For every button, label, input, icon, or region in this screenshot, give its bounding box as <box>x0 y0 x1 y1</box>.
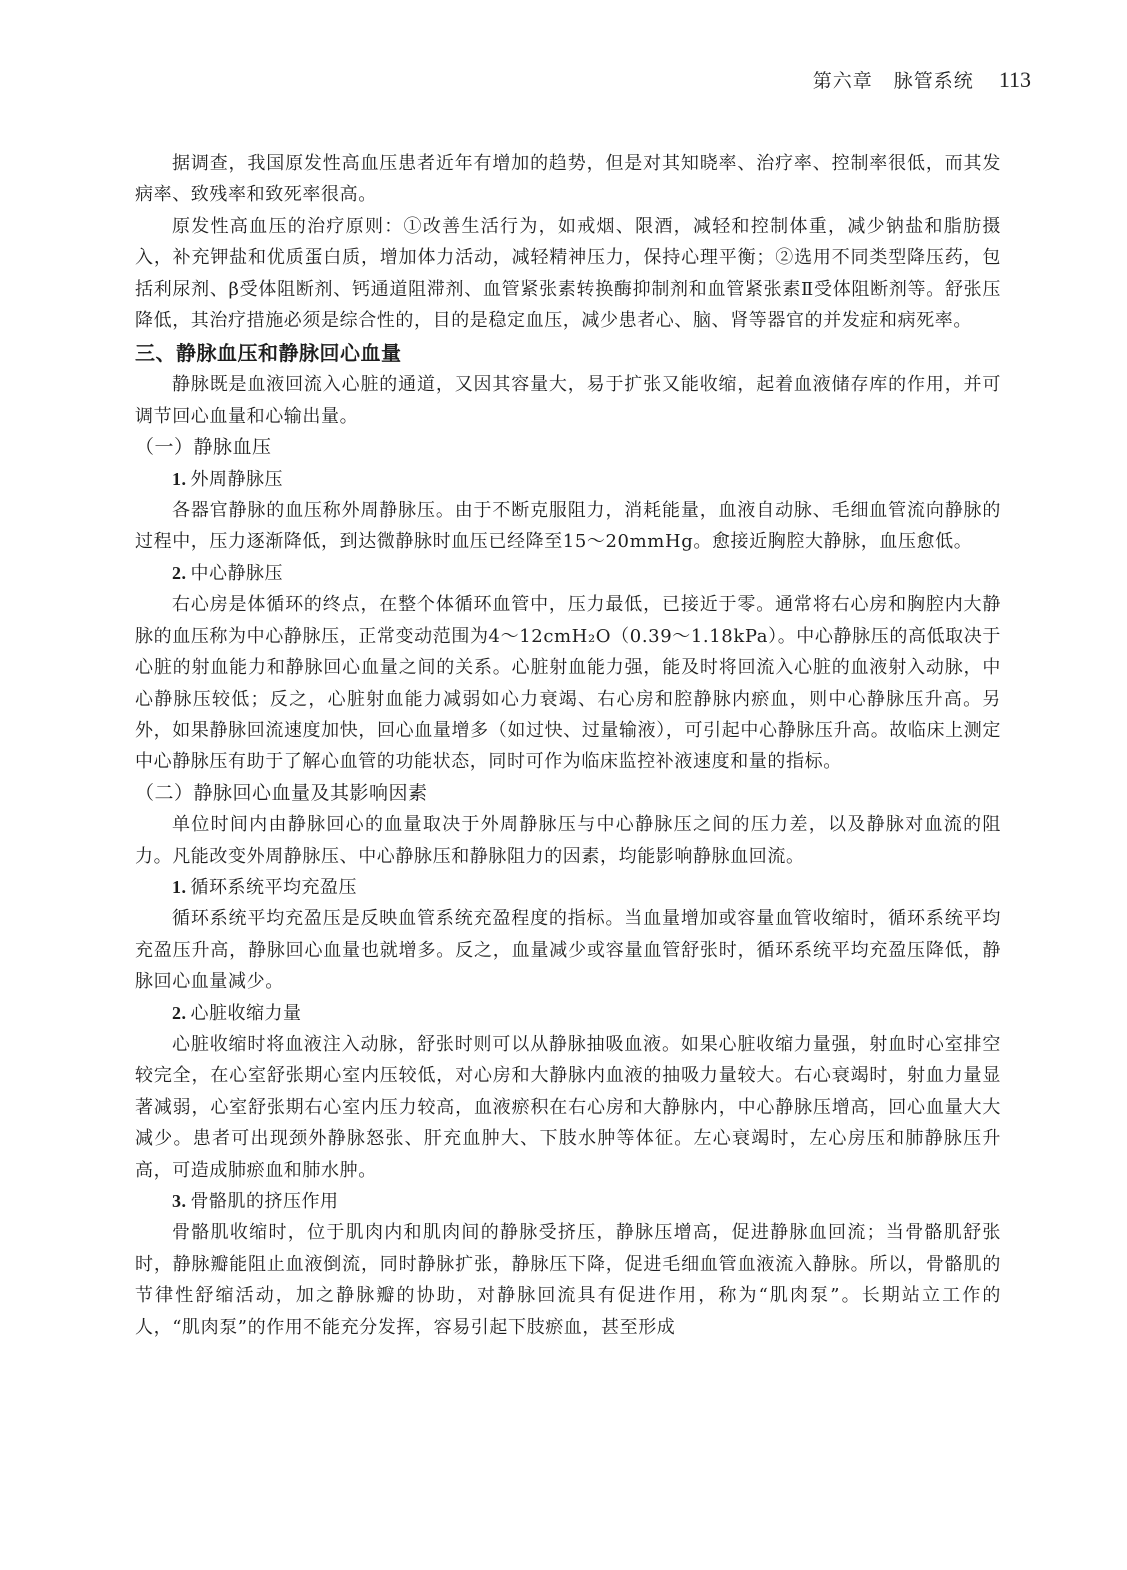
item-heading-cardiac-contractility: 2.心脏收缩力量 <box>135 998 1001 1029</box>
item-number: 2. <box>172 1003 187 1023</box>
item-number: 2. <box>172 563 187 583</box>
item-title: 心脏收缩力量 <box>191 1003 302 1024</box>
item-title: 中心静脉压 <box>191 563 284 584</box>
paragraph-cardiac-contractility: 心脏收缩时将血液注入动脉，舒张时则可以从静脉抽吸血液。如果心脏收缩力量强，射血时… <box>135 1029 1001 1186</box>
item-heading-central-venous-pressure: 2.中心静脉压 <box>135 558 1001 589</box>
item-number: 1. <box>172 469 187 489</box>
chapter-label: 第六章 <box>813 70 873 92</box>
page-number: 113 <box>999 67 1031 92</box>
section-label: 脉管系统 <box>894 70 974 92</box>
paragraph-mean-filling-pressure: 循环系统平均充盈压是反映血管系统充盈程度的指标。当血量增加或容量血管收缩时，循环… <box>135 903 1001 997</box>
item-title: 骨骼肌的挤压作用 <box>191 1191 339 1212</box>
paragraph-peripheral-venous-pressure: 各器官静脉的血压称外周静脉压。由于不断克服阻力，消耗能量，血液自动脉、毛细血管流… <box>135 495 1001 558</box>
paragraph-prevalence: 据调查，我国原发性高血压患者近年有增加的趋势，但是对其知晓率、治疗率、控制率很低… <box>135 148 1001 211</box>
item-number: 1. <box>172 877 187 897</box>
item-heading-peripheral-venous-pressure: 1.外周静脉压 <box>135 464 1001 495</box>
paragraph-muscle-pump: 骨骼肌收缩时，位于肌肉内和肌肉间的静脉受挤压，静脉压增高，促进静脉血回流；当骨骼… <box>135 1217 1001 1343</box>
item-title: 循环系统平均充盈压 <box>191 877 358 898</box>
paragraph-venous-intro: 静脉既是血液回流入心脏的通道，又因其容量大，易于扩张又能收缩，起着血液储存库的作… <box>135 369 1001 432</box>
subsection-heading-venous-return: （二）静脉回心血量及其影响因素 <box>135 778 1001 809</box>
page-body: 据调查，我国原发性高血压患者近年有增加的趋势，但是对其知晓率、治疗率、控制率很低… <box>135 148 1001 1343</box>
subsection-heading-venous-bp: （一）静脉血压 <box>135 432 1001 463</box>
section-heading-venous-pressure: 三、静脉血压和静脉回心血量 <box>135 337 1001 369</box>
item-title: 外周静脉压 <box>191 469 284 490</box>
paragraph-venous-return-intro: 单位时间内由静脉回心的血量取决于外周静脉压与中心静脉压之间的压力差，以及静脉对血… <box>135 809 1001 872</box>
running-header: 第六章 脉管系统 113 <box>813 66 1031 93</box>
item-heading-mean-filling-pressure: 1.循环系统平均充盈压 <box>135 872 1001 903</box>
item-heading-muscle-pump: 3.骨骼肌的挤压作用 <box>135 1186 1001 1217</box>
item-number: 3. <box>172 1191 187 1211</box>
paragraph-treatment-principles: 原发性高血压的治疗原则：①改善生活行为，如戒烟、限酒，减轻和控制体重，减少钠盐和… <box>135 211 1001 337</box>
paragraph-central-venous-pressure: 右心房是体循环的终点，在整个体循环血管中，压力最低，已接近于零。通常将右心房和胸… <box>135 589 1001 777</box>
